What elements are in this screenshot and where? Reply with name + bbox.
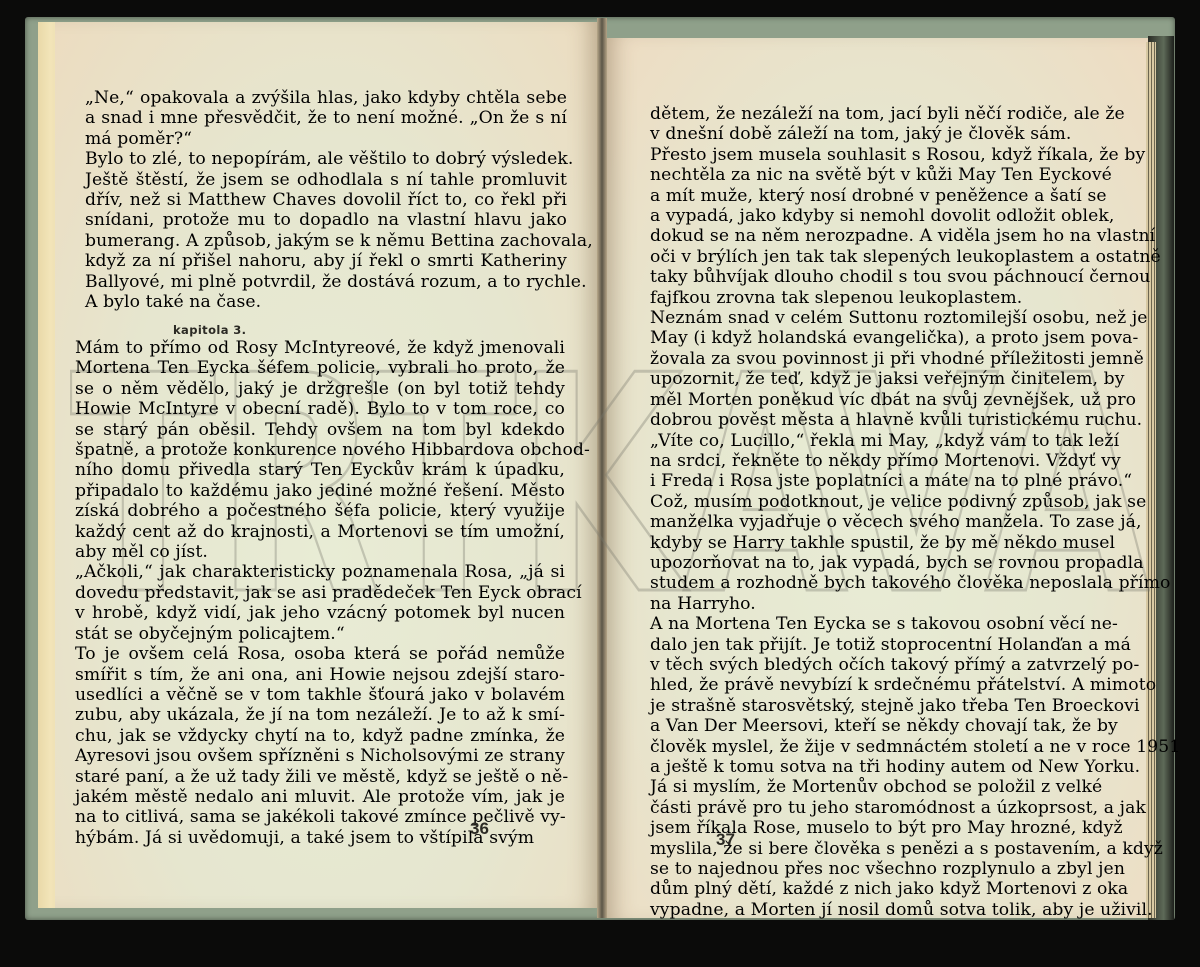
text-line: a Van Der Meersovi, kteří se někdy chova… <box>650 716 1100 736</box>
text-line: Mám to přímo od Rosy McIntyreové, že kdy… <box>75 338 565 358</box>
chapter-heading: kapitola 3. <box>173 323 246 337</box>
text-line: na srdci, řekněte to někdy přímo Morteno… <box>650 451 1100 471</box>
text-line: studem a rozhodně bych takového člověka … <box>650 573 1100 593</box>
text-line: Ještě štěstí, že jsem se odhodlala s ní … <box>85 170 567 190</box>
text-line: ního domu přivedla starý Ten Eyckův krám… <box>75 460 565 480</box>
text-line: dalo jen tak přijít. Je totiž stoprocent… <box>650 635 1100 655</box>
text-line: smířit s tím, že ani ona, ani Howie nejs… <box>75 665 565 685</box>
text-line: snídani, protože mu to dopadlo na vlastn… <box>85 210 567 230</box>
text-line: manželka vyjadřuje o věcech svého manžel… <box>650 512 1100 532</box>
left-page-chapter-text: Mám to přímo od Rosy McIntyreové, že kdy… <box>75 338 565 848</box>
text-line: dokud se na něm nerozpadne. A viděla jse… <box>650 226 1100 246</box>
text-line: Ballyové, mi plně potvrdil, že dostává r… <box>85 272 567 292</box>
page-number-left: 36 <box>470 819 489 839</box>
text-line: May (i když holandská evangelička), a pr… <box>650 328 1100 348</box>
text-line: žovala za svou povinnost ji při vhodné p… <box>650 349 1100 369</box>
text-line: Přesto jsem musela souhlasit s Rosou, kd… <box>650 145 1100 165</box>
text-line: a snad i mne přesvědčit, že to není možn… <box>85 108 567 128</box>
text-line: upozornit, že teď, když je jaksi veřejný… <box>650 369 1100 389</box>
left-page-intro-text: „Ne,“ opakovala a zvýšila hlas, jako kdy… <box>85 88 567 312</box>
text-line: části právě pro tu jeho staromódnost a ú… <box>650 798 1100 818</box>
text-line: upozorňovat na to, jak vypadá, bych se r… <box>650 553 1100 573</box>
text-line: taky bůhvíjak dlouho chodil s tou svou p… <box>650 267 1100 287</box>
text-line: i Freda i Rosa jste poplatníci a máte na… <box>650 471 1100 491</box>
text-line: bumerang. A způsob, jakým se k němu Bett… <box>85 231 567 251</box>
text-line: Ayresovi jsou ovšem spřízněni s Nicholso… <box>75 746 565 766</box>
text-line: se to najednou přes noc všechno rozplynu… <box>650 859 1100 879</box>
text-line: vypadne, a Morten jí nosil domů sotva to… <box>650 900 1100 920</box>
text-line: dětem, že nezáleží na tom, jací byli něč… <box>650 104 1100 124</box>
text-line: Což, musím podotknout, je velice podivný… <box>650 492 1100 512</box>
text-line: nechtěla za nic na světě být v kůži May … <box>650 165 1100 185</box>
text-line: je strašně starosvětský, stejně jako tře… <box>650 696 1100 716</box>
text-line: na Harryho. <box>650 594 1100 614</box>
text-line: hled, že právě nevybízí k srdečnému přát… <box>650 675 1100 695</box>
text-line: dům plný dětí, každé z nich jako když Mo… <box>650 879 1100 899</box>
text-line: získá dobrého a počestného šéfa policie,… <box>75 501 565 521</box>
text-line: v dnešní době záleží na tom, jaký je člo… <box>650 124 1100 144</box>
text-line: zubu, aby ukázala, že jí na tom nezáleží… <box>75 705 565 725</box>
text-line: se o něm vědělo, jaký je držgrešle (on b… <box>75 379 565 399</box>
text-line: Bylo to zlé, to nepopírám, ale věštilo t… <box>85 149 567 169</box>
text-line: aby měl co jíst. <box>75 542 565 562</box>
right-page-text: dětem, že nezáleží na tom, jací byli něč… <box>650 104 1100 920</box>
text-line: usedlíci a věčně se v tom takhle šťourá … <box>75 685 565 705</box>
page-number-right: 37 <box>716 830 735 850</box>
text-line: „Ne,“ opakovala a zvýšila hlas, jako kdy… <box>85 88 567 108</box>
text-line: a vypadá, jako kdyby si nemohl dovolit o… <box>650 206 1100 226</box>
text-line: když za ní přišel nahoru, aby jí řekl o … <box>85 251 567 271</box>
text-line: Já si myslím, že Mortenův obchod se polo… <box>650 777 1100 797</box>
text-line: A na Mortena Ten Eycka se s takovou osob… <box>650 614 1100 634</box>
text-line: „Víte co, Lucillo,“ řekla mi May, „když … <box>650 431 1100 451</box>
text-line: Howie McIntyre v obecní radě). Bylo to v… <box>75 399 565 419</box>
text-line: se starý pán oběsil. Tehdy ovšem na tom … <box>75 420 565 440</box>
text-line: má poměr?“ <box>85 129 567 149</box>
text-line: fajfkou zrovna tak slepenou leukoplastem… <box>650 288 1100 308</box>
text-line: dovedu představit, jak se asi pradědeček… <box>75 583 565 603</box>
text-line: hýbám. Já si uvědomuji, a také jsem to v… <box>75 828 565 848</box>
text-line: Neznám snad v celém Suttonu roztomilejší… <box>650 308 1100 328</box>
text-line: dobrou pověst města a hlavně kvůli turis… <box>650 410 1100 430</box>
text-line: jakém městě nedalo ani mluvit. Ale proto… <box>75 787 565 807</box>
text-line: a mít muže, který nosí drobné v peněženc… <box>650 186 1100 206</box>
text-line: a ještě k tomu sotva na tři hodiny autem… <box>650 757 1100 777</box>
text-line: měl Morten poněkud víc dbát na svůj zevn… <box>650 390 1100 410</box>
text-line: připadalo to každému jako jediné možné ř… <box>75 481 565 501</box>
text-line: staré paní, a že už tady žili ve městě, … <box>75 767 565 787</box>
text-line: chu, jak se vždycky chytí na to, když pa… <box>75 726 565 746</box>
text-line: dřív, než si Matthew Chaves dovolil říct… <box>85 190 567 210</box>
text-line: každý cent až do krajnosti, a Mortenovi … <box>75 522 565 542</box>
text-line: v těch svých bledých očích takový přímý … <box>650 655 1100 675</box>
text-line: v hrobě, když vidí, jak jeho vzácný poto… <box>75 603 565 623</box>
text-line: kdyby se Harry takhle spustil, že by mě … <box>650 533 1100 553</box>
text-line: špatně, a protože konkurence nového Hibb… <box>75 440 565 460</box>
text-line: člověk myslel, že žije v sedmnáctém stol… <box>650 737 1100 757</box>
text-line: „Ačkoli,“ jak charakteristicky poznamena… <box>75 562 565 582</box>
book-gutter <box>597 18 607 918</box>
text-line: A bylo také na čase. <box>85 292 567 312</box>
text-line: Mortena Ten Eycka šéfem policie, vybrali… <box>75 358 565 378</box>
text-line: oči v brýlích jen tak tak slepených leuk… <box>650 247 1100 267</box>
right-page-edges <box>1146 42 1156 918</box>
text-line: na to citlivá, sama se jakékoli takové z… <box>75 807 565 827</box>
text-line: stát se obyčejným policajtem.“ <box>75 624 565 644</box>
text-line: To je ovšem celá Rosa, osoba která se po… <box>75 644 565 664</box>
